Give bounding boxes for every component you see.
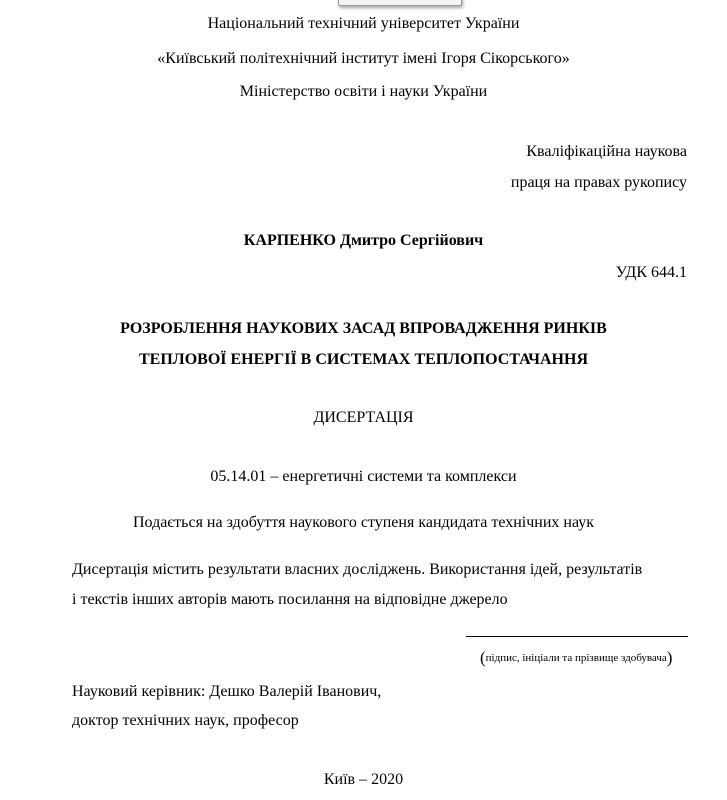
document-type: ДИСЕРТАЦІЯ <box>0 408 727 428</box>
originality-line-2: і текстів інших авторів мають посилання … <box>72 590 508 610</box>
ministry-name: Міністерство освіти і науки України <box>0 82 727 102</box>
supervisor-line-2: доктор технічних наук, професор <box>72 711 299 731</box>
signature-caption: (підпис, ініціали та прізвище здобувача) <box>480 650 672 666</box>
institute-name: «Київський політехнічний інститут імені … <box>0 49 727 69</box>
title-line-1: РОЗРОБЛЕННЯ НАУКОВИХ ЗАСАД ВПРОВАДЖЕННЯ … <box>0 319 727 339</box>
university-name: Національний технічний університет Украї… <box>0 14 727 34</box>
originality-line-1: Дисертація містить результати власних до… <box>72 560 642 580</box>
qualification-line-1: Кваліфікаційна наукова <box>526 142 687 162</box>
city-year: Київ – 2020 <box>0 770 727 790</box>
qualification-line-2: праця на правах рукопису <box>511 173 687 193</box>
signature-line <box>466 636 688 637</box>
supervisor-line-1: Науковий керівник: Дешко Валерій Іванови… <box>72 682 381 702</box>
author-name: КАРПЕНКО Дмитро Сергійович <box>0 231 727 251</box>
udc-code: УДК 644.1 <box>616 263 687 283</box>
close-paren: ) <box>667 648 673 667</box>
specialty: 05.14.01 – енергетичні системи та компле… <box>0 467 727 487</box>
title-line-2: ТЕПЛОВОЇ ЕНЕРГІЇ В СИСТЕМАХ ТЕПЛОПОСТАЧА… <box>0 350 727 370</box>
tooltip <box>338 0 462 6</box>
degree-statement: Подається на здобуття наукового ступеня … <box>0 513 727 533</box>
signature-caption-text: підпис, ініціали та прізвище здобувача <box>486 652 667 664</box>
